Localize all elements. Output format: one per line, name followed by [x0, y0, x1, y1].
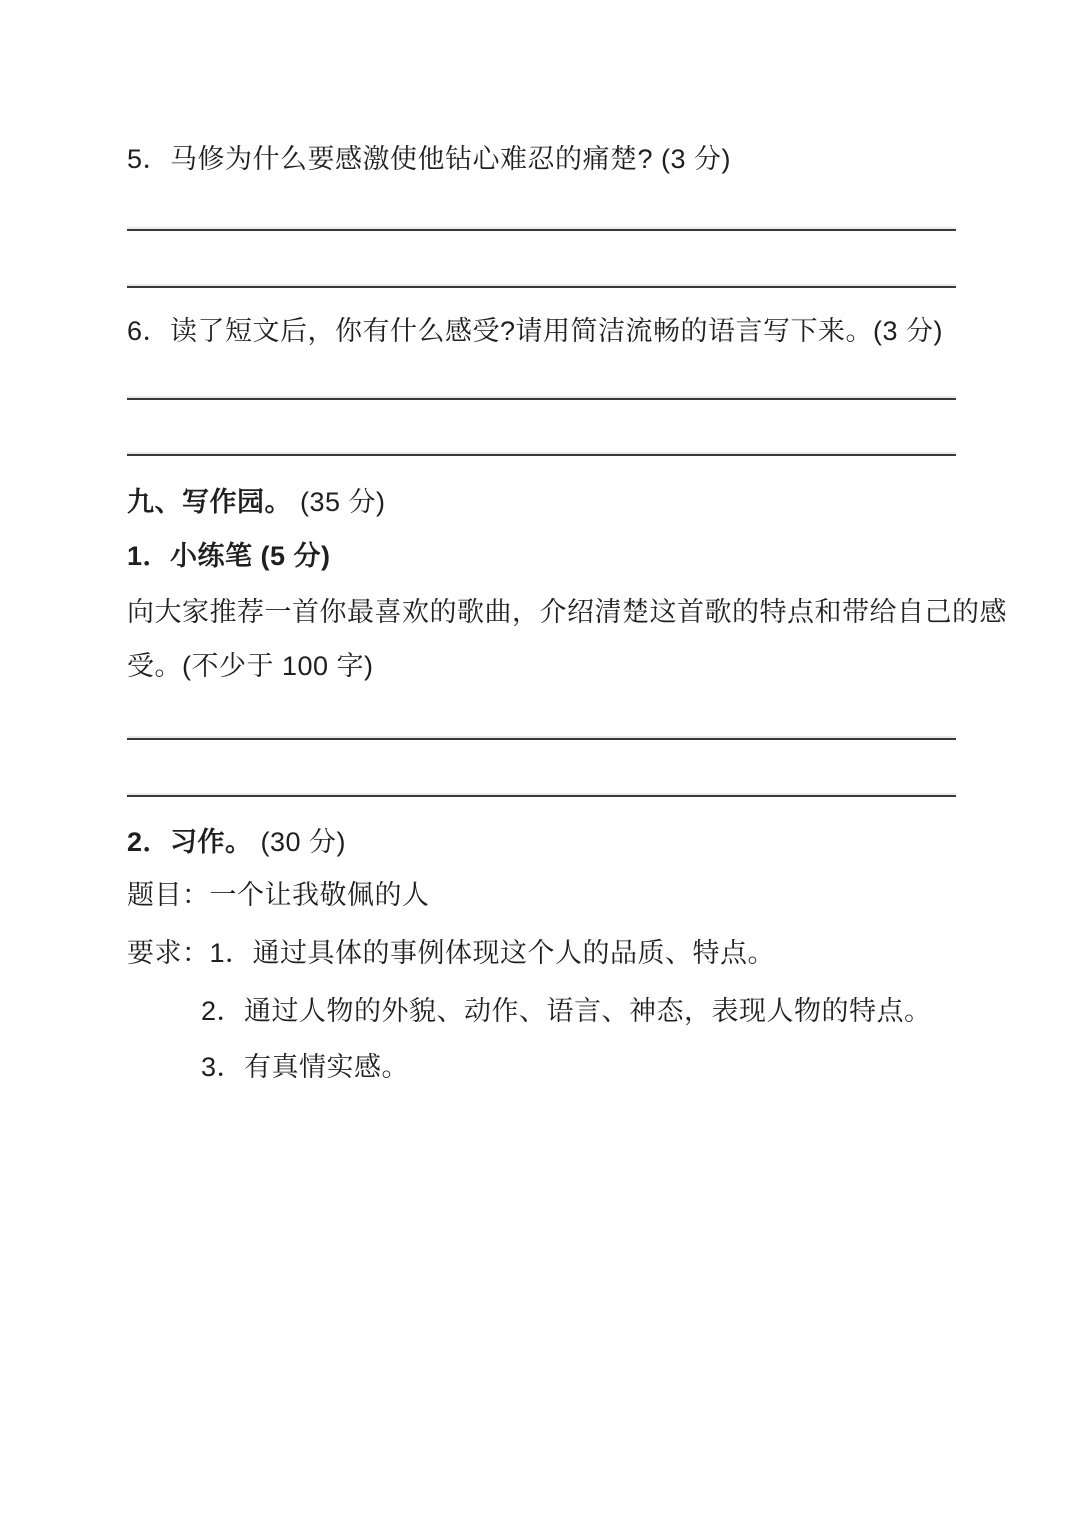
subsection-1-heading: 1．小练笔 (5 分) — [127, 539, 331, 573]
section-9-heading-score: (35 分) — [300, 487, 386, 517]
question-5-text: 5．马修为什么要感激使他钻心难忍的痛楚? (3 分) — [127, 142, 731, 176]
section-9-heading-title: 九、写作园。 — [127, 487, 292, 517]
section-9-heading: 九、写作园。(35 分) — [127, 485, 386, 519]
answer-line-5 — [127, 738, 956, 740]
essay-requirement-3: 3．有真情实感。 — [201, 1050, 409, 1084]
subsection-2-heading-score: (30 分) — [261, 827, 347, 857]
answer-line-3 — [127, 398, 956, 400]
essay-requirement-2: 2．通过人物的外貌、动作、语言、神态，表现人物的特点。 — [201, 994, 932, 1028]
answer-line-4 — [127, 454, 956, 456]
essay-title-line: 题目：一个让我敬佩的人 — [127, 878, 430, 912]
exam-paper-page: 5．马修为什么要感激使他钻心难忍的痛楚? (3 分) 6．读了短文后，你有什么感… — [0, 0, 1080, 1527]
answer-line-2 — [127, 286, 956, 288]
subsection-2-heading: 2．习作。(30 分) — [127, 825, 346, 859]
subsection-1-prompt-line-1: 向大家推荐一首你最喜欢的歌曲，介绍清楚这首歌的特点和带给自己的感 — [127, 595, 1007, 629]
question-6-text: 6．读了短文后，你有什么感受?请用简洁流畅的语言写下来。(3 分) — [127, 314, 943, 348]
answer-line-1 — [127, 229, 956, 231]
essay-requirement-1: 要求：1．通过具体的事例体现这个人的品质、特点。 — [127, 936, 775, 970]
answer-line-6 — [127, 795, 956, 797]
subsection-1-prompt-line-2: 受。(不少于 100 字) — [127, 649, 374, 683]
subsection-2-heading-title: 2．习作。 — [127, 827, 253, 857]
